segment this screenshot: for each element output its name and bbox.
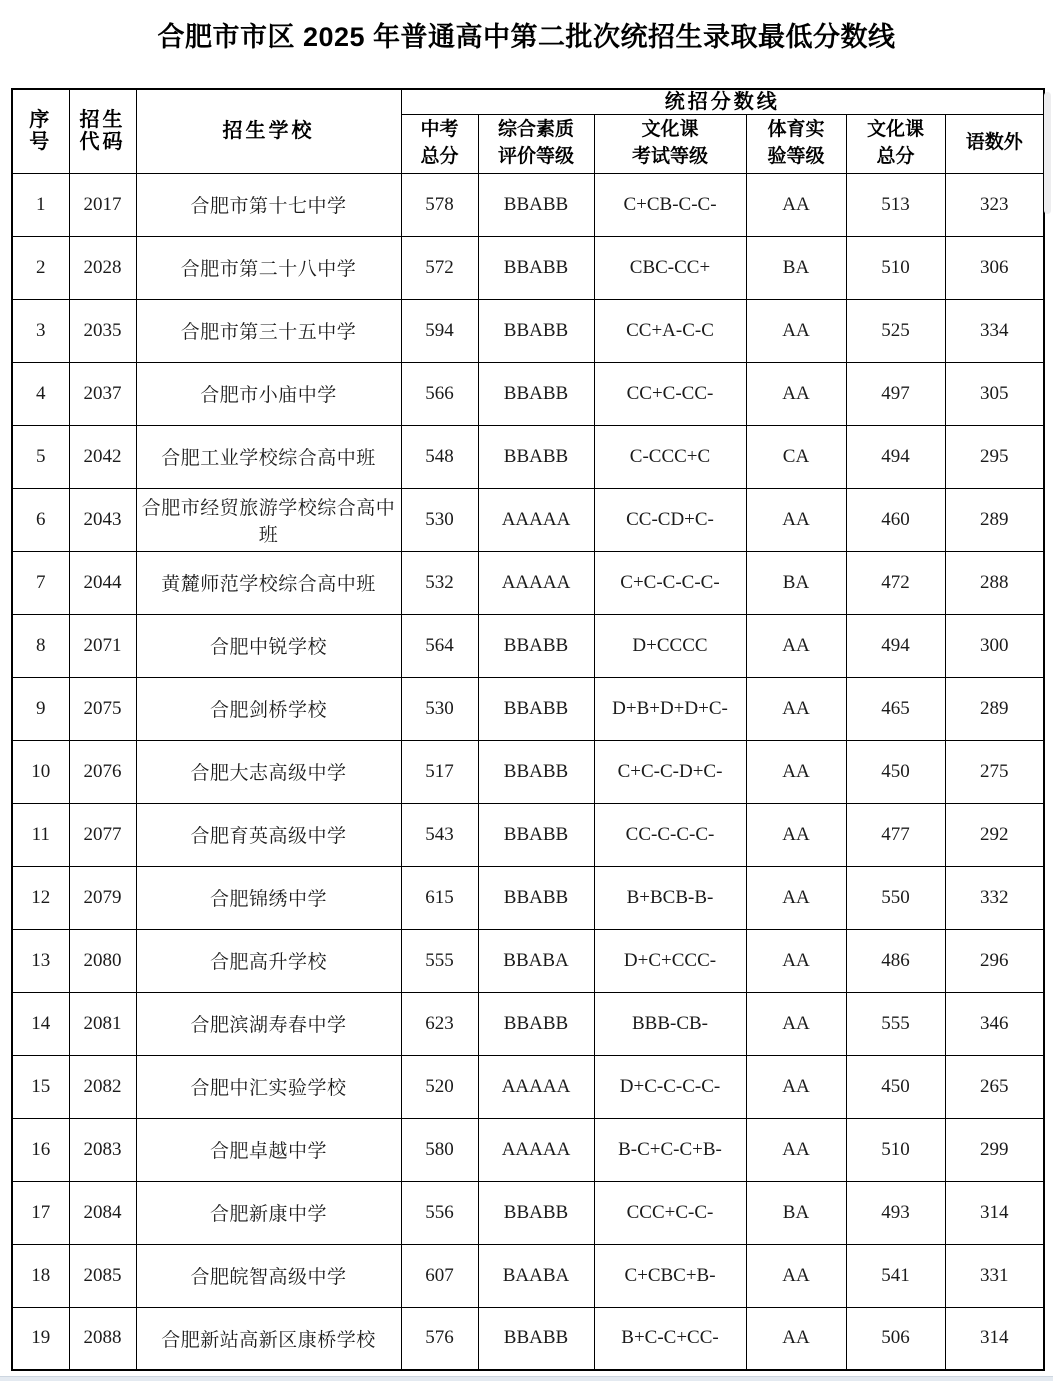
cell-culture-total: 550 <box>846 866 945 929</box>
cell-culture-total: 513 <box>846 173 945 236</box>
cell-code: 2035 <box>69 299 136 362</box>
cell-exam-total: 530 <box>401 677 478 740</box>
cell-exam-total: 520 <box>401 1055 478 1118</box>
table-body: 1 2017 合肥市第十七中学 578 BBABB C+CB-C-C- AA 5… <box>12 173 1044 1370</box>
cell-three-subjects: 275 <box>945 740 1044 803</box>
header-quality-grade: 综合素质 评价等级 <box>478 114 594 173</box>
header-group-unified-score-line: 统招分数线 <box>401 89 1044 114</box>
cell-quality-grade: AAAAA <box>478 1055 594 1118</box>
table-row: 18 2085 合肥皖智高级中学 607 BAABA C+CBC+B- AA 5… <box>12 1244 1044 1307</box>
cell-three-subjects: 296 <box>945 929 1044 992</box>
cell-culture-grade: C+C-C-D+C- <box>594 740 746 803</box>
cell-pe-grade: AA <box>746 488 846 551</box>
cell-school: 合肥卓越中学 <box>136 1118 401 1181</box>
cell-seq: 12 <box>12 866 69 929</box>
cell-school: 合肥剑桥学校 <box>136 677 401 740</box>
header-code: 招生 代码 <box>69 89 136 173</box>
cell-three-subjects: 331 <box>945 1244 1044 1307</box>
cell-three-subjects: 346 <box>945 992 1044 1055</box>
cell-school: 合肥中锐学校 <box>136 614 401 677</box>
table-row: 12 2079 合肥锦绣中学 615 BBABB B+BCB-B- AA 550… <box>12 866 1044 929</box>
cell-exam-total: 548 <box>401 425 478 488</box>
cell-pe-grade: BA <box>746 551 846 614</box>
table-row: 8 2071 合肥中锐学校 564 BBABB D+CCCC AA 494 30… <box>12 614 1044 677</box>
cell-code: 2037 <box>69 362 136 425</box>
header-culture-grade: 文化课 考试等级 <box>594 114 746 173</box>
cell-culture-total: 450 <box>846 1055 945 1118</box>
cell-seq: 8 <box>12 614 69 677</box>
cell-seq: 11 <box>12 803 69 866</box>
cell-culture-total: 486 <box>846 929 945 992</box>
cell-school: 合肥市第三十五中学 <box>136 299 401 362</box>
cell-seq: 4 <box>12 362 69 425</box>
cell-culture-grade: C-CCC+C <box>594 425 746 488</box>
table-row: 1 2017 合肥市第十七中学 578 BBABB C+CB-C-C- AA 5… <box>12 173 1044 236</box>
cell-culture-total: 510 <box>846 1118 945 1181</box>
cell-pe-grade: AA <box>746 740 846 803</box>
cell-three-subjects: 300 <box>945 614 1044 677</box>
cell-culture-grade: D+C+CCC- <box>594 929 746 992</box>
cell-exam-total: 594 <box>401 299 478 362</box>
cell-seq: 6 <box>12 488 69 551</box>
cell-exam-total: 580 <box>401 1118 478 1181</box>
header-pe-grade: 体育实 验等级 <box>746 114 846 173</box>
cell-quality-grade: AAAAA <box>478 1118 594 1181</box>
cell-culture-grade: CC+A-C-C <box>594 299 746 362</box>
page-title: 合肥市市区 2025 年普通高中第二批次统招生录取最低分数线 <box>0 15 1053 54</box>
cell-pe-grade: AA <box>746 362 846 425</box>
cell-school: 合肥高升学校 <box>136 929 401 992</box>
cell-school: 合肥市第十七中学 <box>136 173 401 236</box>
cell-code: 2084 <box>69 1181 136 1244</box>
cell-three-subjects: 314 <box>945 1307 1044 1370</box>
cell-culture-total: 525 <box>846 299 945 362</box>
header-culture-total: 文化课 总分 <box>846 114 945 173</box>
cell-school: 合肥滨湖寿春中学 <box>136 992 401 1055</box>
cell-quality-grade: BBABB <box>478 614 594 677</box>
table-row: 4 2037 合肥市小庙中学 566 BBABB CC+C-CC- AA 497… <box>12 362 1044 425</box>
table-row: 2 2028 合肥市第二十八中学 572 BBABB CBC-CC+ BA 51… <box>12 236 1044 299</box>
cell-exam-total: 623 <box>401 992 478 1055</box>
cell-school: 合肥育英高级中学 <box>136 803 401 866</box>
cell-school: 合肥皖智高级中学 <box>136 1244 401 1307</box>
cell-school: 合肥工业学校综合高中班 <box>136 425 401 488</box>
cell-quality-grade: BBABB <box>478 677 594 740</box>
cell-school: 合肥市经贸旅游学校综合高中班 <box>136 488 401 551</box>
cell-quality-grade: BBABB <box>478 992 594 1055</box>
cell-three-subjects: 299 <box>945 1118 1044 1181</box>
cell-exam-total: 532 <box>401 551 478 614</box>
cell-culture-grade: CC-CD+C- <box>594 488 746 551</box>
cell-exam-total: 564 <box>401 614 478 677</box>
cell-exam-total: 576 <box>401 1307 478 1370</box>
cell-code: 2043 <box>69 488 136 551</box>
table-row: 9 2075 合肥剑桥学校 530 BBABB D+B+D+D+C- AA 46… <box>12 677 1044 740</box>
cell-seq: 19 <box>12 1307 69 1370</box>
cell-school: 合肥锦绣中学 <box>136 866 401 929</box>
header-seq: 序 号 <box>12 89 69 173</box>
cell-quality-grade: BBABA <box>478 929 594 992</box>
cell-culture-grade: CC+C-CC- <box>594 362 746 425</box>
cell-pe-grade: AA <box>746 929 846 992</box>
cell-culture-grade: C+C-C-C-C- <box>594 551 746 614</box>
score-table: 序 号 招生 代码 招生学校 统招分数线 中考 总分 综合素质 评价等级 文化课… <box>11 88 1045 1371</box>
cell-seq: 10 <box>12 740 69 803</box>
cell-three-subjects: 289 <box>945 677 1044 740</box>
cell-seq: 1 <box>12 173 69 236</box>
cell-quality-grade: AAAAA <box>478 551 594 614</box>
cell-quality-grade: BBABB <box>478 425 594 488</box>
cell-pe-grade: AA <box>746 614 846 677</box>
cell-school: 合肥新康中学 <box>136 1181 401 1244</box>
cell-culture-total: 541 <box>846 1244 945 1307</box>
cell-pe-grade: AA <box>746 1118 846 1181</box>
table-row: 3 2035 合肥市第三十五中学 594 BBABB CC+A-C-C AA 5… <box>12 299 1044 362</box>
cell-seq: 3 <box>12 299 69 362</box>
table-row: 14 2081 合肥滨湖寿春中学 623 BBABB BBB-CB- AA 55… <box>12 992 1044 1055</box>
cell-school: 合肥大志高级中学 <box>136 740 401 803</box>
cell-three-subjects: 295 <box>945 425 1044 488</box>
cell-school: 合肥市小庙中学 <box>136 362 401 425</box>
cell-seq: 14 <box>12 992 69 1055</box>
cell-quality-grade: BBABB <box>478 236 594 299</box>
table-row: 19 2088 合肥新站高新区康桥学校 576 BBABB B+C-C+CC- … <box>12 1307 1044 1370</box>
cell-pe-grade: AA <box>746 1055 846 1118</box>
cell-exam-total: 555 <box>401 929 478 992</box>
cell-culture-total: 555 <box>846 992 945 1055</box>
cell-quality-grade: BBABB <box>478 362 594 425</box>
cell-culture-grade: BBB-CB- <box>594 992 746 1055</box>
cell-code: 2044 <box>69 551 136 614</box>
table-row: 17 2084 合肥新康中学 556 BBABB CCC+C-C- BA 493… <box>12 1181 1044 1244</box>
cell-exam-total: 556 <box>401 1181 478 1244</box>
cell-three-subjects: 314 <box>945 1181 1044 1244</box>
scrollbar-thumb[interactable] <box>1044 92 1051 214</box>
cell-code: 2042 <box>69 425 136 488</box>
header-three-subjects: 语数外 <box>945 114 1044 173</box>
cell-code: 2080 <box>69 929 136 992</box>
cell-culture-grade: C+CB-C-C- <box>594 173 746 236</box>
cell-exam-total: 615 <box>401 866 478 929</box>
cell-exam-total: 566 <box>401 362 478 425</box>
cell-culture-grade: CC-C-C-C- <box>594 803 746 866</box>
cell-seq: 16 <box>12 1118 69 1181</box>
cell-exam-total: 578 <box>401 173 478 236</box>
cell-three-subjects: 289 <box>945 488 1044 551</box>
cell-quality-grade: BAABA <box>478 1244 594 1307</box>
cell-three-subjects: 288 <box>945 551 1044 614</box>
cell-code: 2079 <box>69 866 136 929</box>
page-bottom-edge <box>0 1376 1053 1381</box>
cell-quality-grade: BBABB <box>478 740 594 803</box>
cell-culture-total: 497 <box>846 362 945 425</box>
cell-quality-grade: BBABB <box>478 1181 594 1244</box>
cell-quality-grade: BBABB <box>478 173 594 236</box>
cell-culture-grade: D+C-C-C-C- <box>594 1055 746 1118</box>
cell-seq: 17 <box>12 1181 69 1244</box>
cell-seq: 18 <box>12 1244 69 1307</box>
cell-school: 合肥新站高新区康桥学校 <box>136 1307 401 1370</box>
cell-code: 2017 <box>69 173 136 236</box>
table-row: 6 2043 合肥市经贸旅游学校综合高中班 530 AAAAA CC-CD+C-… <box>12 488 1044 551</box>
cell-seq: 15 <box>12 1055 69 1118</box>
table-row: 10 2076 合肥大志高级中学 517 BBABB C+C-C-D+C- AA… <box>12 740 1044 803</box>
cell-school: 合肥市第二十八中学 <box>136 236 401 299</box>
cell-pe-grade: AA <box>746 1307 846 1370</box>
cell-code: 2088 <box>69 1307 136 1370</box>
header-exam-total: 中考 总分 <box>401 114 478 173</box>
cell-culture-total: 465 <box>846 677 945 740</box>
cell-code: 2076 <box>69 740 136 803</box>
cell-exam-total: 530 <box>401 488 478 551</box>
table-row: 13 2080 合肥高升学校 555 BBABA D+C+CCC- AA 486… <box>12 929 1044 992</box>
cell-seq: 9 <box>12 677 69 740</box>
cell-culture-total: 494 <box>846 425 945 488</box>
table-row: 7 2044 黄麓师范学校综合高中班 532 AAAAA C+C-C-C-C- … <box>12 551 1044 614</box>
cell-culture-grade: B-C+C-C+B- <box>594 1118 746 1181</box>
cell-seq: 2 <box>12 236 69 299</box>
cell-code: 2028 <box>69 236 136 299</box>
cell-exam-total: 572 <box>401 236 478 299</box>
table-row: 11 2077 合肥育英高级中学 543 BBABB CC-C-C-C- AA … <box>12 803 1044 866</box>
cell-quality-grade: AAAAA <box>478 488 594 551</box>
cell-quality-grade: BBABB <box>478 803 594 866</box>
cell-three-subjects: 292 <box>945 803 1044 866</box>
cell-culture-total: 460 <box>846 488 945 551</box>
cell-pe-grade: CA <box>746 425 846 488</box>
cell-seq: 13 <box>12 929 69 992</box>
cell-school: 合肥中汇实验学校 <box>136 1055 401 1118</box>
cell-three-subjects: 265 <box>945 1055 1044 1118</box>
table-row: 15 2082 合肥中汇实验学校 520 AAAAA D+C-C-C-C- AA… <box>12 1055 1044 1118</box>
cell-three-subjects: 332 <box>945 866 1044 929</box>
cell-culture-grade: CBC-CC+ <box>594 236 746 299</box>
cell-code: 2077 <box>69 803 136 866</box>
cell-code: 2075 <box>69 677 136 740</box>
cell-culture-grade: D+CCCC <box>594 614 746 677</box>
cell-culture-grade: D+B+D+D+C- <box>594 677 746 740</box>
cell-code: 2083 <box>69 1118 136 1181</box>
cell-quality-grade: BBABB <box>478 1307 594 1370</box>
table-header: 序 号 招生 代码 招生学校 统招分数线 中考 总分 综合素质 评价等级 文化课… <box>12 89 1044 173</box>
cell-code: 2071 <box>69 614 136 677</box>
cell-culture-grade: CCC+C-C- <box>594 1181 746 1244</box>
header-school: 招生学校 <box>136 89 401 173</box>
cell-pe-grade: BA <box>746 236 846 299</box>
cell-culture-grade: B+BCB-B- <box>594 866 746 929</box>
cell-pe-grade: AA <box>746 803 846 866</box>
cell-quality-grade: BBABB <box>478 866 594 929</box>
cell-culture-total: 510 <box>846 236 945 299</box>
cell-three-subjects: 306 <box>945 236 1044 299</box>
cell-code: 2082 <box>69 1055 136 1118</box>
cell-three-subjects: 334 <box>945 299 1044 362</box>
cell-culture-total: 506 <box>846 1307 945 1370</box>
cell-school: 黄麓师范学校综合高中班 <box>136 551 401 614</box>
table-row: 5 2042 合肥工业学校综合高中班 548 BBABB C-CCC+C CA … <box>12 425 1044 488</box>
cell-culture-total: 450 <box>846 740 945 803</box>
cell-quality-grade: BBABB <box>478 299 594 362</box>
cell-culture-total: 472 <box>846 551 945 614</box>
cell-three-subjects: 305 <box>945 362 1044 425</box>
cell-three-subjects: 323 <box>945 173 1044 236</box>
cell-culture-total: 477 <box>846 803 945 866</box>
table-row: 16 2083 合肥卓越中学 580 AAAAA B-C+C-C+B- AA 5… <box>12 1118 1044 1181</box>
cell-code: 2085 <box>69 1244 136 1307</box>
cell-culture-total: 494 <box>846 614 945 677</box>
cell-exam-total: 517 <box>401 740 478 803</box>
cell-seq: 7 <box>12 551 69 614</box>
cell-culture-total: 493 <box>846 1181 945 1244</box>
cell-pe-grade: BA <box>746 1181 846 1244</box>
cell-pe-grade: AA <box>746 299 846 362</box>
cell-culture-grade: B+C-C+CC- <box>594 1307 746 1370</box>
cell-pe-grade: AA <box>746 173 846 236</box>
cell-code: 2081 <box>69 992 136 1055</box>
cell-pe-grade: AA <box>746 677 846 740</box>
cell-exam-total: 607 <box>401 1244 478 1307</box>
cell-pe-grade: AA <box>746 1244 846 1307</box>
cell-exam-total: 543 <box>401 803 478 866</box>
cell-pe-grade: AA <box>746 992 846 1055</box>
cell-seq: 5 <box>12 425 69 488</box>
cell-culture-grade: C+CBC+B- <box>594 1244 746 1307</box>
cell-pe-grade: AA <box>746 866 846 929</box>
